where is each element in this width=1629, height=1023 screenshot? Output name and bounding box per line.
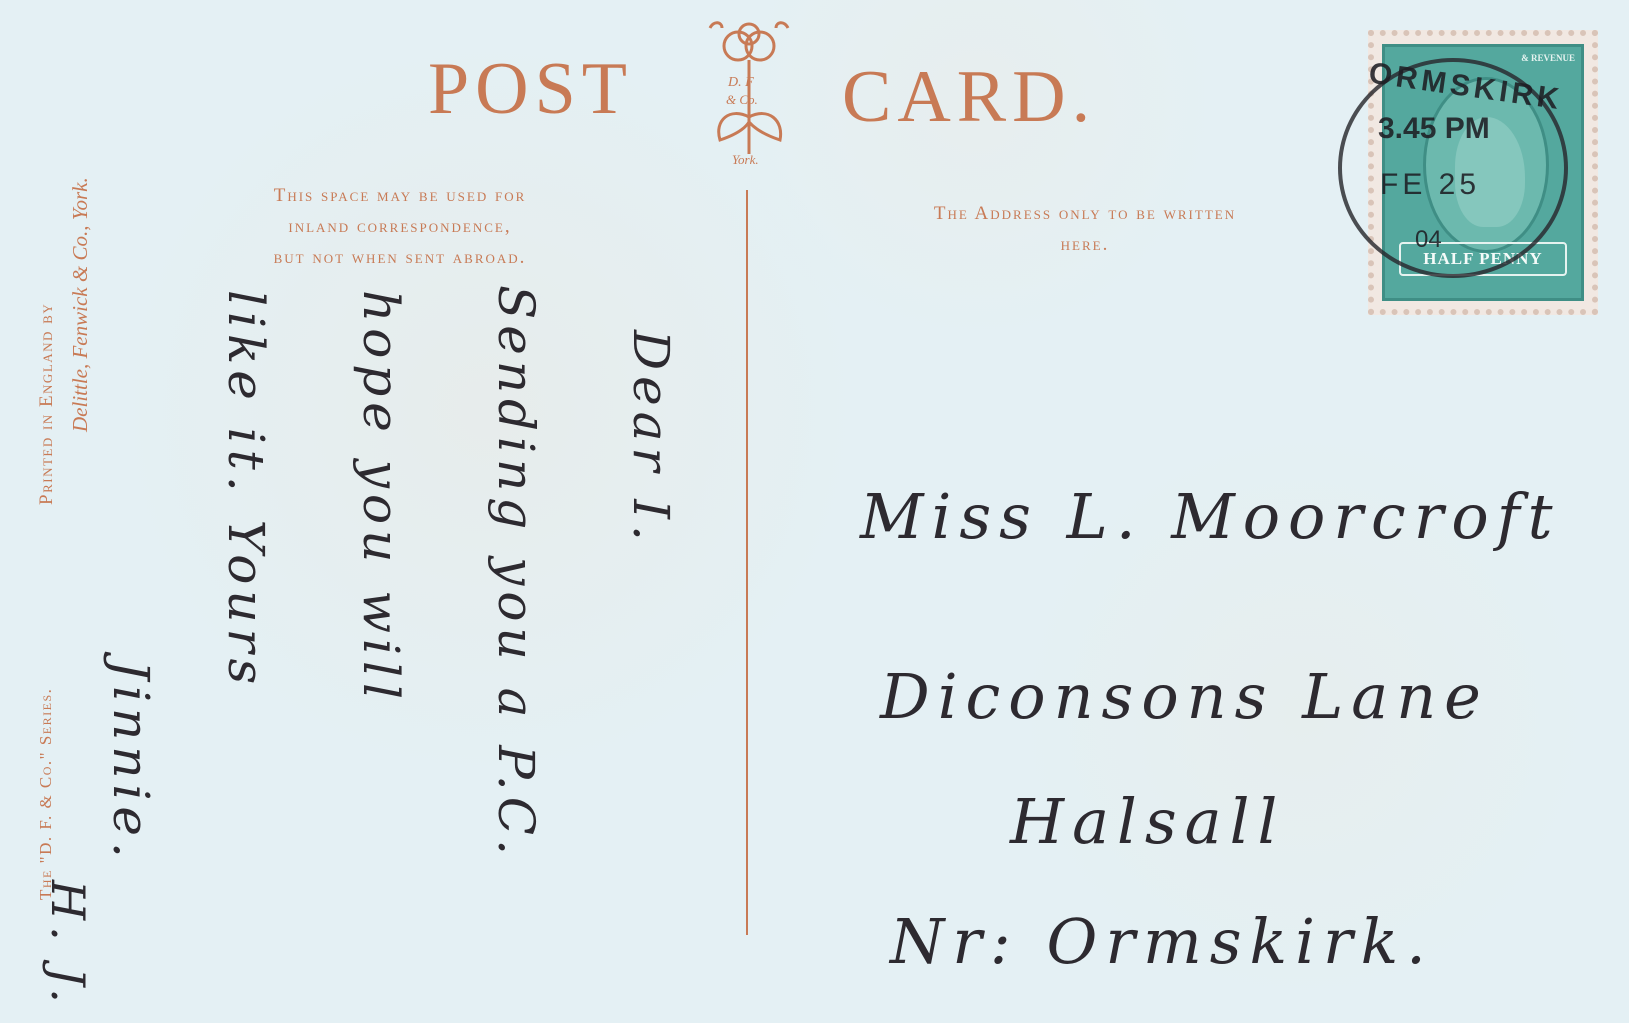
address-town: Nr: Ormskirk. xyxy=(890,905,1434,978)
message-line: Jinnie. xyxy=(102,660,160,864)
address-instruction-line: The Address only to be written xyxy=(840,198,1330,229)
message-line: Sending you a P.C. xyxy=(487,285,545,861)
message-initials: H. J. xyxy=(41,880,95,1009)
address-instruction-line: here. xyxy=(840,229,1330,260)
title-card: CARD. xyxy=(842,60,1096,134)
message-instructions: This space may be used for inland corres… xyxy=(195,180,605,273)
rose-monogram-icon: D. F & Co. York. xyxy=(700,12,800,167)
title-post: POST xyxy=(428,52,633,126)
address-instructions: The Address only to be written here. xyxy=(840,198,1330,260)
address-village: Halsall xyxy=(1010,785,1285,858)
postmark-year: 04 xyxy=(1415,226,1442,254)
postmark-time: 3.45 PM xyxy=(1378,112,1490,146)
address-street: Diconsons Lane xyxy=(880,660,1489,733)
stamp-revenue-text: & REVENUE xyxy=(1521,53,1575,63)
center-divider xyxy=(746,190,748,935)
printer-name: Delittle, Fenwick & Co., York. xyxy=(68,177,93,432)
postcard-back: POST D. F & Co. York. CARD. This space m… xyxy=(0,0,1629,1023)
message-line: Dear I. xyxy=(622,330,680,547)
message-line: like it. Yours xyxy=(217,290,275,690)
postmark-date: FE 25 xyxy=(1380,168,1480,202)
printer-credit: Printed in England by xyxy=(36,303,58,505)
address-recipient: Miss L. Moorcroft xyxy=(860,480,1561,553)
svg-text:York.: York. xyxy=(732,152,759,167)
message-instruction-line: inland correspondence, xyxy=(195,211,605,242)
svg-text:& Co.: & Co. xyxy=(726,92,758,107)
svg-text:D. F: D. F xyxy=(727,75,754,90)
message-line: hope you will xyxy=(352,290,410,705)
message-instruction-line: This space may be used for xyxy=(195,180,605,211)
message-instruction-line: but not when sent abroad. xyxy=(195,242,605,273)
series-name: The "D. F. & Co." Series. xyxy=(36,688,56,900)
